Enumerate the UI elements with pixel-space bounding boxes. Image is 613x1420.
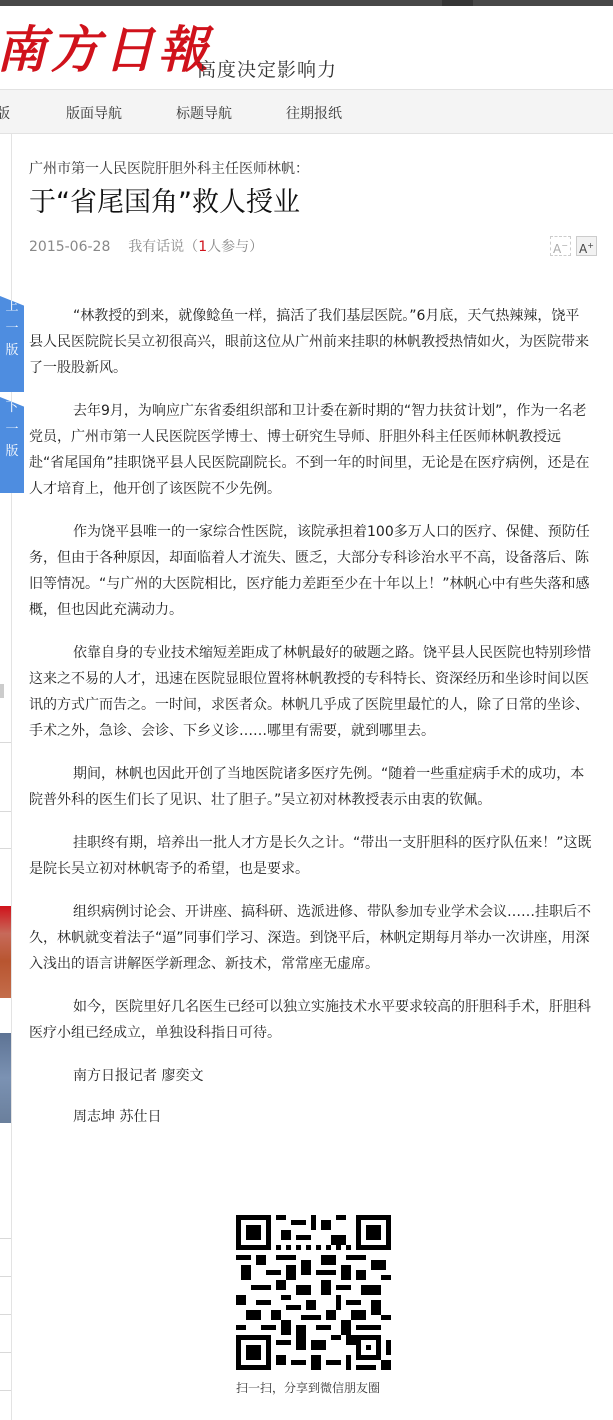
sidebar-divider	[0, 742, 11, 743]
article-paragraph: “林教授的到来，就像鲶鱼一样，搞活了我们基层医院。”6月底，天气热辣辣，饶平县人…	[29, 303, 592, 381]
article-paragraph: 作为饶平县唯一的一家综合性医院，该院承担着100多万人口的医疗、保健、预防任务，…	[29, 519, 592, 623]
prev-tab-char: 上	[0, 296, 24, 318]
sidebar-divider	[0, 1238, 11, 1239]
newspaper-logo[interactable]: 南方日報	[0, 20, 212, 80]
article-paragraph: 挂职终有期，培养出一批人才方是长久之计。“带出一支肝胆科的医疗队伍来！”这既是院…	[29, 830, 592, 882]
next-tab-char: 版	[0, 441, 24, 463]
masthead: 南方日報 高度决定影响力	[0, 6, 613, 89]
article-paragraph: 组织病例讨论会、开讲座、搞科研、选派进修、带队参加专业学术会议……挂职后不久，林…	[29, 899, 592, 977]
article-paragraph: 如今，医院里好几名医生已经可以独立实施技术水平要求较高的肝胆科手术，肝胆科医疗小…	[29, 994, 592, 1046]
article-title: 于“省尾国角”救人授业	[29, 180, 300, 219]
comment-link[interactable]: 我有话说（1人参与）	[128, 239, 263, 255]
next-tab-char: 一	[0, 419, 24, 441]
sidebar-divider	[0, 848, 11, 849]
nav-item-past-issues[interactable]: 往期报纸	[286, 103, 342, 123]
sidebar-thumbnail[interactable]	[0, 906, 11, 998]
next-tab-char: 下	[0, 397, 24, 419]
article-paragraph: 依靠自身的专业技术缩短差距成了林帆最好的破题之路。饶平县人民医院也特别珍惜这来之…	[29, 640, 592, 744]
share-caption: 扫一扫，分享到微信朋友圈	[236, 1379, 380, 1396]
nav-item-edition[interactable]: 版	[0, 103, 10, 123]
sidebar-divider	[0, 1314, 11, 1315]
comment-count: 1	[198, 239, 207, 255]
sidebar-divider	[0, 1390, 11, 1391]
font-decrease-button[interactable]: A−	[550, 236, 571, 256]
sidebar-fragment	[0, 684, 4, 698]
qr-code-icon	[236, 1215, 391, 1370]
sidebar-divider	[0, 1276, 11, 1277]
article-credit: 周志坤 苏仕日	[29, 1104, 592, 1130]
font-increase-button[interactable]: A+	[576, 236, 597, 256]
next-page-tab[interactable]: 下 一 版	[0, 397, 24, 493]
article-subtitle: 广州市第一人民医院肝胆外科主任医师林帆：	[29, 158, 309, 178]
sidebar-thumbnail[interactable]	[0, 1033, 11, 1123]
prev-page-tab[interactable]: 上 一 版	[0, 296, 24, 392]
article-paragraph: 期间，林帆也因此开创了当地医院诸多医疗先例。“随着一些重症病手术的成功，本院普外…	[29, 761, 592, 813]
prev-tab-char: 版	[0, 340, 24, 362]
article-body: “林教授的到来，就像鲶鱼一样，搞活了我们基层医院。”6月底，天气热辣辣，饶平县人…	[29, 303, 592, 1145]
nav-item-page-nav[interactable]: 版面导航	[66, 103, 122, 123]
comment-suffix: 人参与）	[207, 239, 263, 255]
slogan: 高度决定影响力	[197, 55, 337, 82]
article-paragraph: 去年9月，为响应广东省委组织部和卫计委在新时期的“智力扶贫计划”，作为一名老党员…	[29, 398, 592, 502]
prev-tab-char: 一	[0, 318, 24, 340]
comment-prefix: 我有话说（	[128, 239, 198, 255]
article-meta: 2015-06-28 我有话说（1人参与）	[29, 236, 263, 256]
article-credit: 南方日报记者 廖奕文	[29, 1063, 592, 1089]
main-nav: 版 版面导航 标题导航 往期报纸	[0, 89, 613, 134]
sidebar-divider	[0, 1352, 11, 1353]
article-date: 2015-06-28	[29, 239, 110, 255]
sidebar-divider	[0, 811, 11, 812]
nav-item-title-nav[interactable]: 标题导航	[176, 103, 232, 123]
